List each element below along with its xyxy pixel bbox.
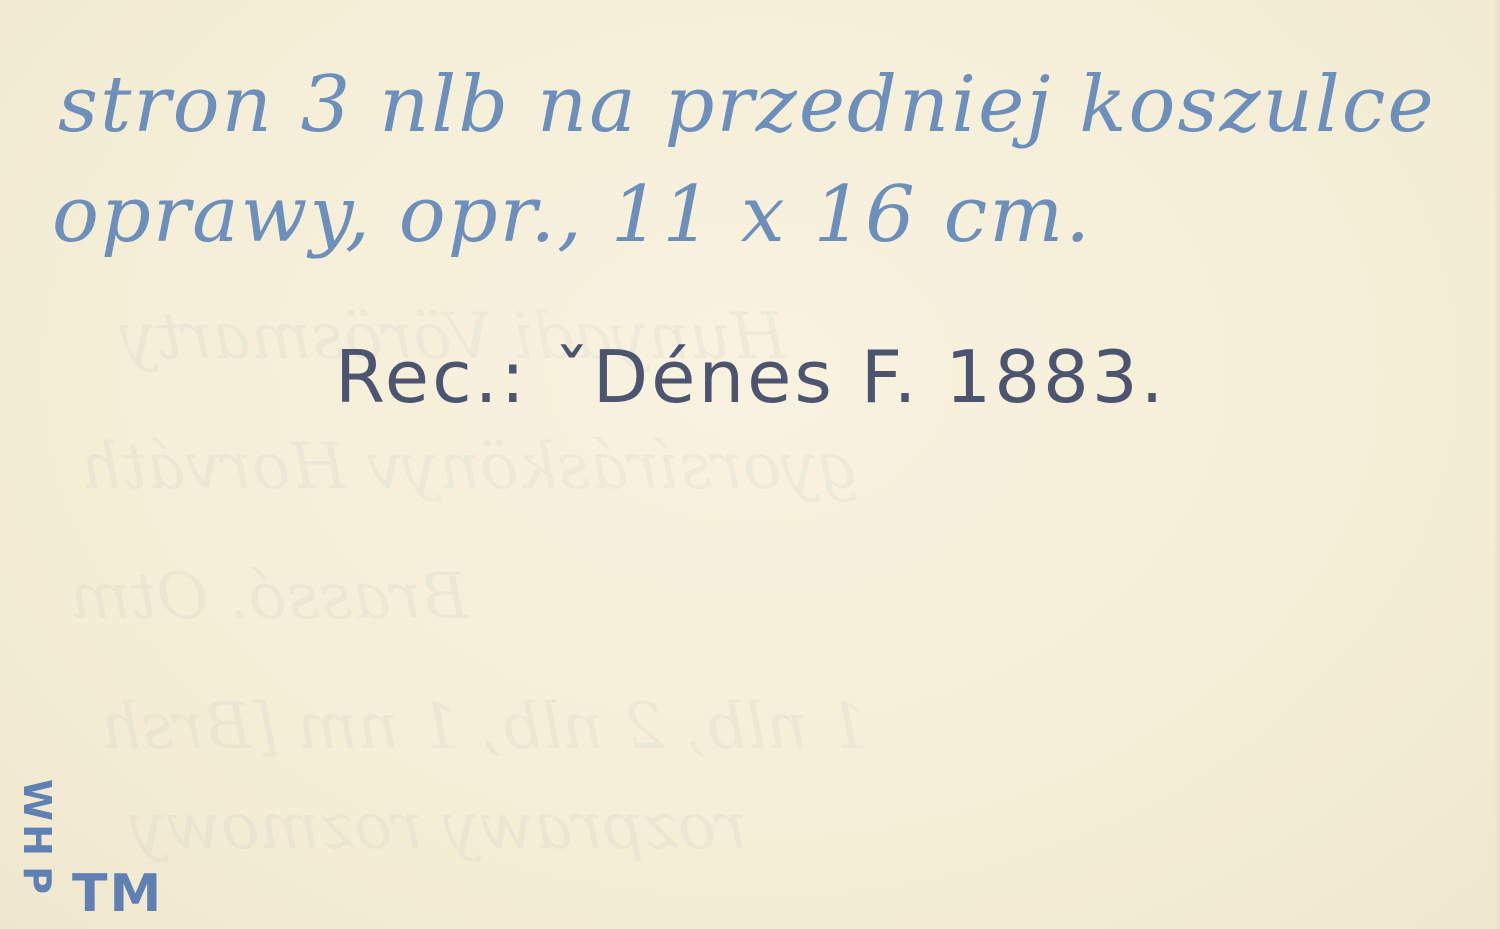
stamp-tm: TM	[72, 868, 163, 920]
review-reference: Rec.: ˇDénes F. 1883.	[335, 335, 1167, 419]
description-line-1: stron 3 nlb na przedniej koszulce	[58, 60, 1436, 150]
description-line-2: oprawy, opr., 11 x 16 cm.	[52, 170, 1092, 260]
show-through-text: Brassó. Otm	[70, 560, 468, 634]
card-edge	[1494, 0, 1500, 929]
stamp-vertical-letters: W H P	[12, 780, 62, 920]
catalog-card: Hunyadi Vörösmarty gyorsíráskönyv Horvát…	[0, 0, 1500, 929]
show-through-text: rozprawy rozmowy	[130, 790, 747, 864]
show-through-text: gyorsíráskönyv Horváth	[80, 430, 859, 504]
show-through-text: 1 nlb, 2 nlb, 1 nm [Brsh	[100, 690, 869, 764]
